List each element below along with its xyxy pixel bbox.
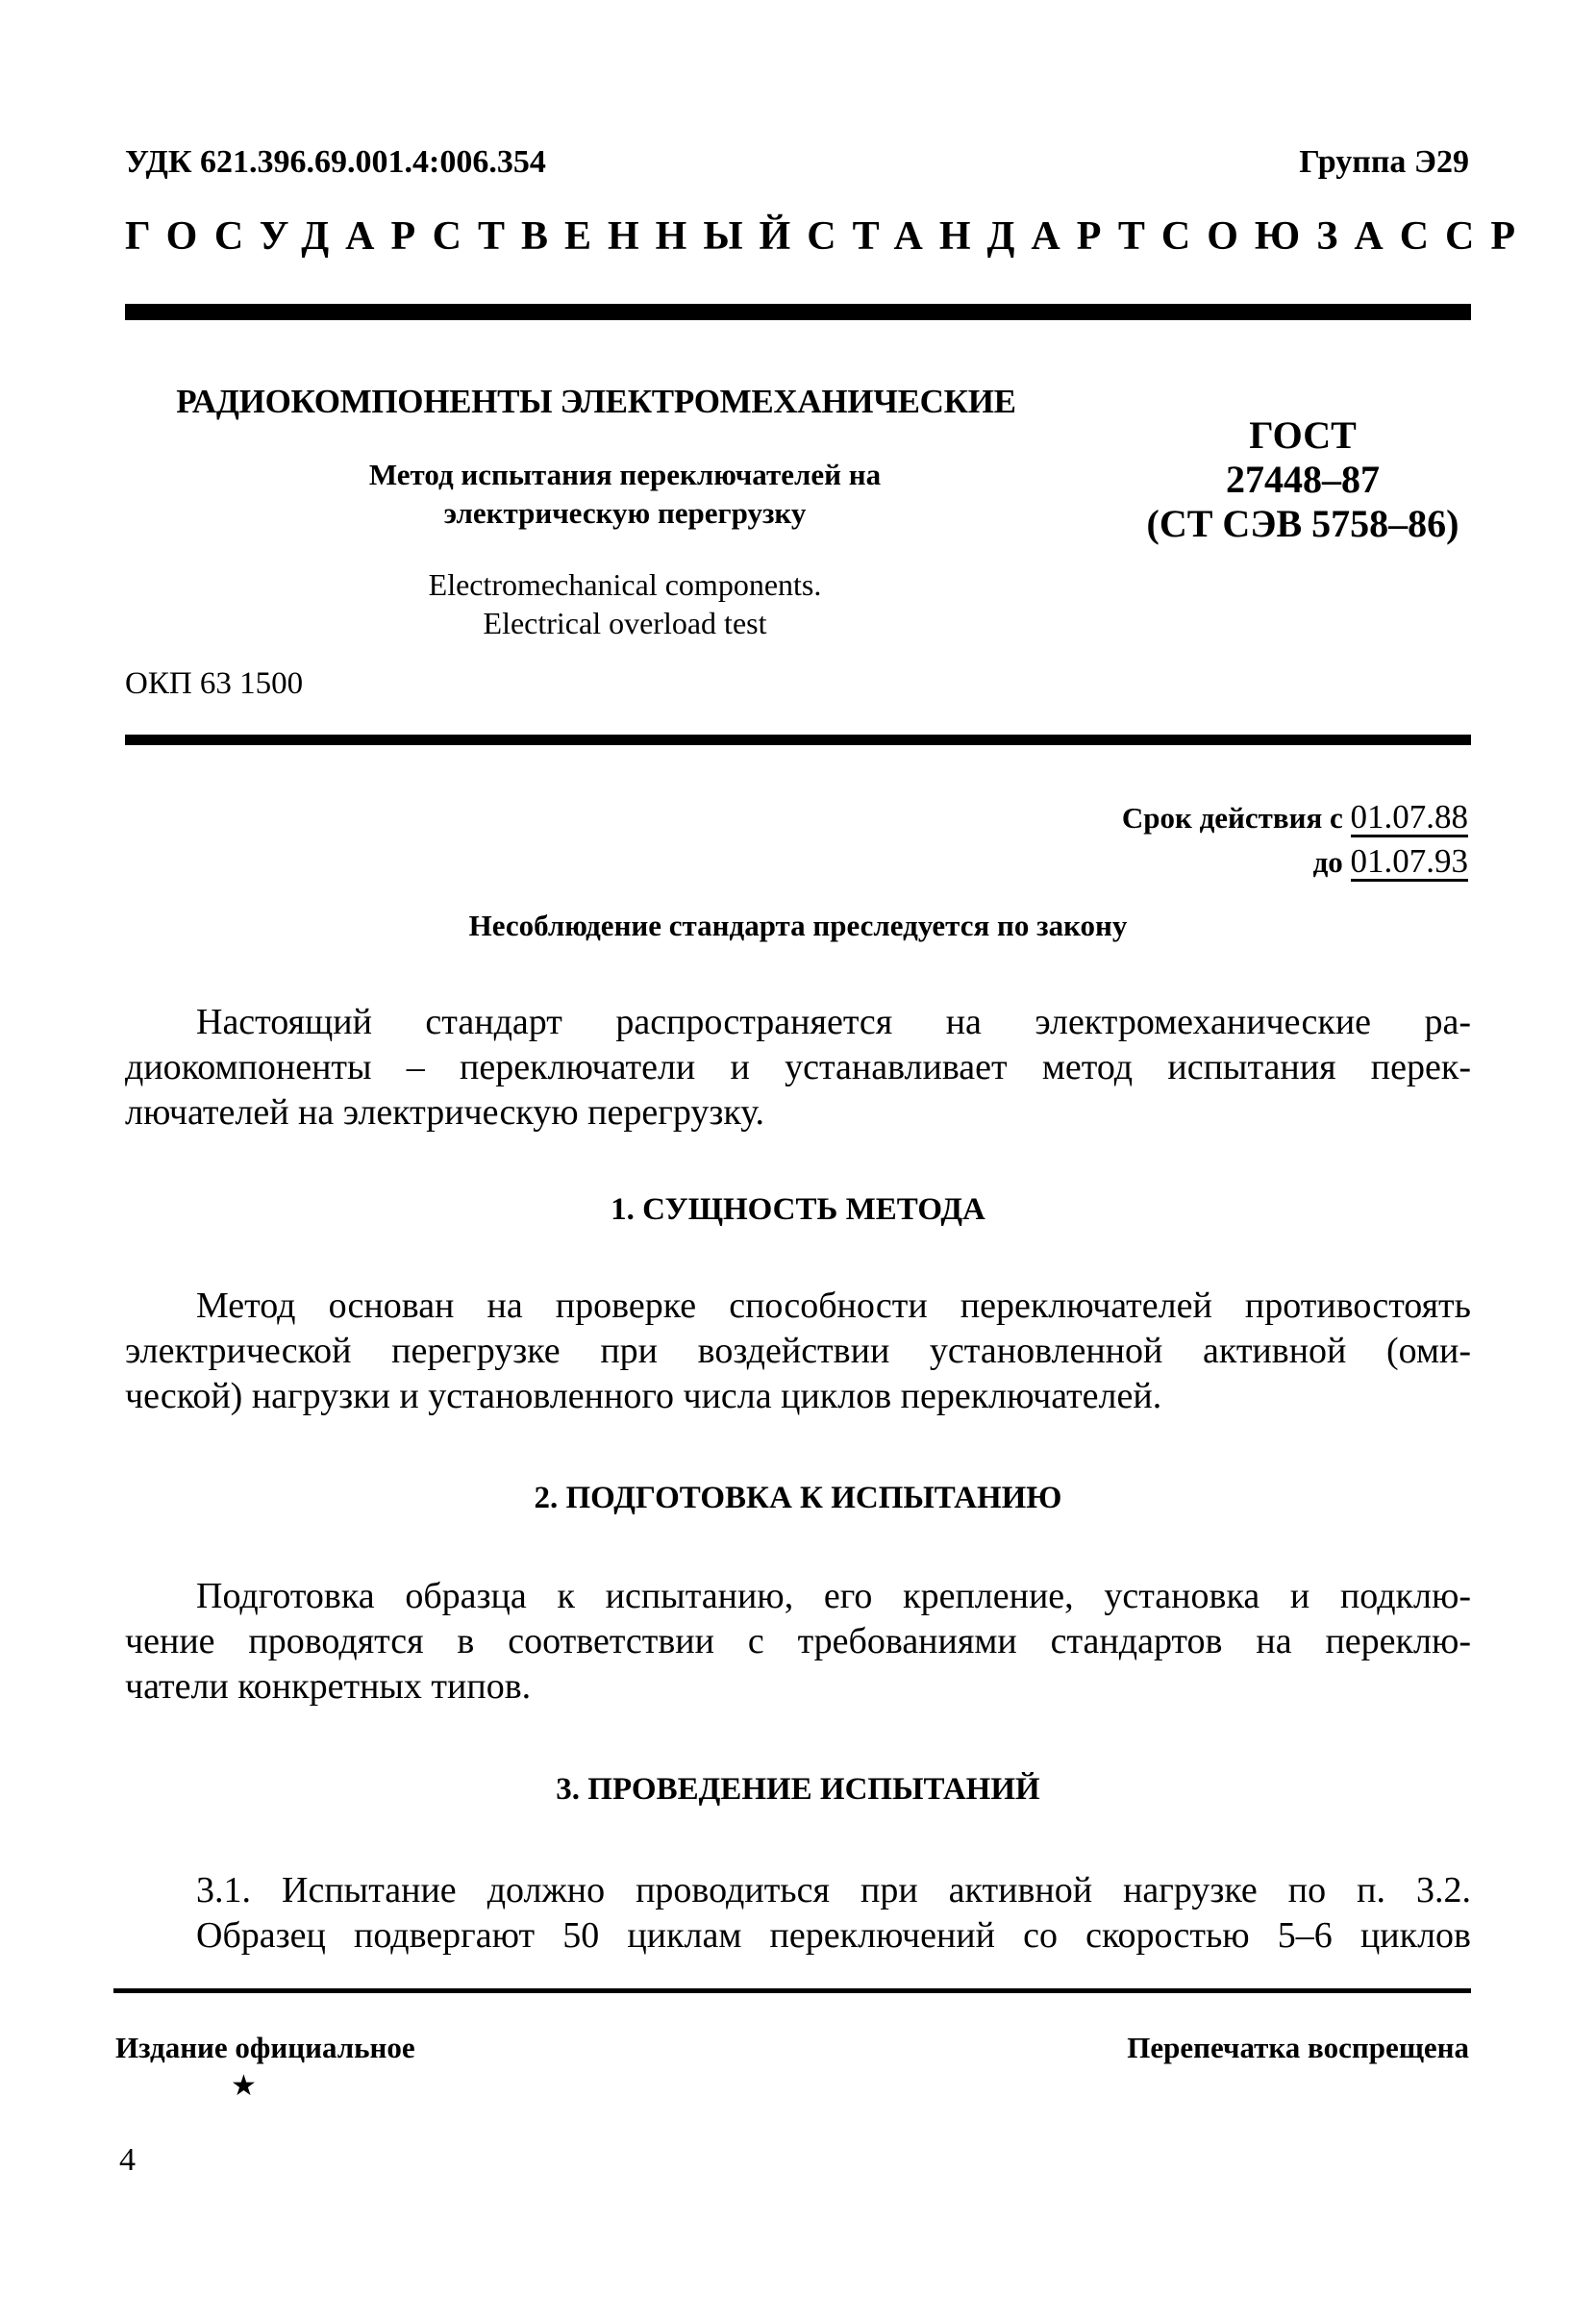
intro-paragraph: Настоящий стандарт распространяется на э… <box>125 1000 1471 1136</box>
state-word: ГОСУДАРСТВЕННЫЙ <box>125 213 807 260</box>
law-notice: Несоблюдение стандарта преследуется по з… <box>125 909 1471 943</box>
paragraph-line: Метод основан на проверке способности пе… <box>125 1284 1471 1329</box>
validity-from-row: Срок действия с 01.07.88 <box>1122 798 1468 842</box>
validity-from-date: 01.07.88 <box>1351 800 1469 837</box>
paragraph-line: Подготовка образца к испытанию, его креп… <box>125 1574 1471 1619</box>
okp-code: ОКП 63 1500 <box>125 666 303 702</box>
title-english: Electromechanical components. Electrical… <box>183 565 1067 642</box>
state-word: СТАНДАРТ <box>807 213 1161 260</box>
validity-to-row: до 01.07.93 <box>1122 842 1468 886</box>
official-edition-label: Издание официальное <box>115 2031 415 2065</box>
section-2-paragraph: Подготовка образца к испытанию, его креп… <box>125 1574 1471 1710</box>
title-english-line: Electrical overload test <box>183 604 1067 642</box>
group-code: Группа Э29 <box>1299 144 1469 181</box>
section-heading-3: 3. ПРОВЕДЕНИЕ ИСПЫТАНИЙ <box>125 1772 1471 1808</box>
gost-cmea-number: (СТ СЭВ 5758–86) <box>1120 502 1485 546</box>
top-thick-rule <box>125 304 1471 320</box>
paragraph-line: диокомпоненты – переключатели и устанавл… <box>125 1045 1471 1090</box>
paragraph-line: 3.1. Испытание должно проводиться при ак… <box>125 1868 1471 1913</box>
reprint-prohibited-label: Перепечатка воспрещена <box>1127 2031 1469 2065</box>
state-word: СОЮЗА <box>1161 213 1400 260</box>
paragraph-line: чатели конкретных типов. <box>125 1664 1471 1710</box>
title-main: РАДИОКОМПОНЕНТЫ ЭЛЕКТРОМЕХАНИЧЕСКИЕ <box>125 383 1067 421</box>
validity-to-date: 01.07.93 <box>1351 844 1469 882</box>
section-heading-1: 1. СУЩНОСТЬ МЕТОДА <box>125 1192 1471 1228</box>
paragraph-line: электрической перегрузке при воздействии… <box>125 1329 1471 1374</box>
gost-label: ГОСТ <box>1120 413 1485 458</box>
section-3-paragraph: 3.1. Испытание должно проводиться при ак… <box>125 1868 1471 1959</box>
paragraph-line: ческой) нагрузки и установленного числа … <box>125 1374 1471 1419</box>
middle-thick-rule <box>125 735 1471 745</box>
footer-rule <box>113 1988 1471 1993</box>
paragraph-line: Образец подвергают 50 циклам переключени… <box>125 1913 1471 1959</box>
validity-period: Срок действия с 01.07.88 до 01.07.93 <box>1122 798 1468 886</box>
title-english-line: Electromechanical components. <box>183 565 1067 604</box>
paragraph-line: чение проводятся в соответствии с требов… <box>125 1619 1471 1664</box>
paragraph-line: лючателей на электрическую перегрузку. <box>125 1090 1471 1136</box>
validity-to-label: до <box>1313 845 1343 879</box>
section-1-paragraph: Метод основан на проверке способности пе… <box>125 1284 1471 1419</box>
udk-code: УДК 621.396.69.001.4:006.354 <box>125 144 546 181</box>
state-standard-title: ГОСУДАРСТВЕННЫЙ СТАНДАРТ СОЮЗА ССР <box>125 213 1471 260</box>
page-number: 4 <box>119 2142 136 2179</box>
title-subtitle-line: Метод испытания переключателей на <box>183 456 1067 494</box>
star-icon: ★ <box>231 2069 257 2103</box>
validity-from-label: Срок действия с <box>1122 801 1343 835</box>
gost-designation: ГОСТ 27448–87 (СТ СЭВ 5758–86) <box>1120 413 1485 546</box>
title-subtitle: Метод испытания переключателей на электр… <box>183 456 1067 533</box>
title-block: РАДИОКОМПОНЕНТЫ ЭЛЕКТРОМЕХАНИЧЕСКИЕ Мето… <box>183 383 1067 642</box>
state-word: ССР <box>1400 213 1532 260</box>
title-subtitle-line: электрическую перегрузку <box>183 494 1067 533</box>
section-heading-2: 2. ПОДГОТОВКА К ИСПЫТАНИЮ <box>125 1481 1471 1516</box>
gost-number: 27448–87 <box>1120 458 1485 502</box>
paragraph-line: Настоящий стандарт распространяется на э… <box>125 1000 1471 1045</box>
